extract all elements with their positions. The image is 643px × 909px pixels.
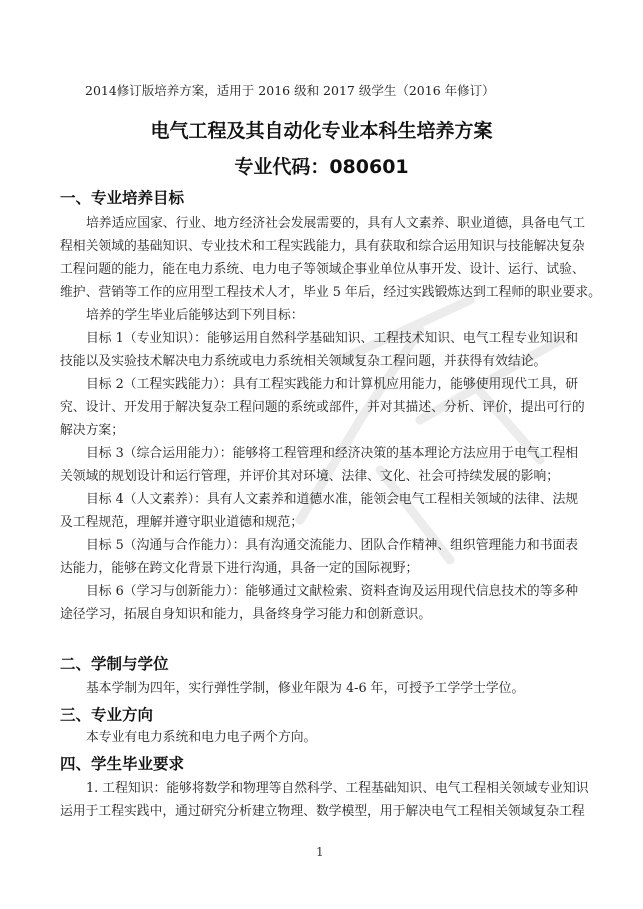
paragraph-line: 培养适应国家、行业、地方经济社会发展需要的，具有人文素养、职业道德，具备电气工 (60, 212, 588, 235)
paragraph-line: 基本学制为四年，实行弹性学制，修业年限为 4-6 年，可授予工学学士学位。 (60, 677, 588, 700)
section-body-duration-degree: 基本学制为四年，实行弹性学制，修业年限为 4-6 年，可授予工学学士学位。 (60, 677, 588, 700)
document-title: 电气工程及其自动化专业本科生培养方案 (0, 116, 643, 143)
paragraph-line: 维护、营销等工作的应用型工程技术人才，毕业 5 年后，经过实践锻炼达到工程师的职… (60, 281, 588, 304)
major-code: 专业代码：080601 (0, 152, 643, 179)
paragraph-line: 程相关领域的基础知识、专业技术和工程实践能力，具有获取和综合运用知识与技能解决复… (60, 235, 588, 258)
goal-4-line: 及工程规范，理解并遵守职业道德和规范； (60, 511, 588, 534)
goal-1-line: 技能以及实验技术解决电力系统或电力系统相关领域复杂工程问题，并获得有效结论。 (60, 350, 588, 373)
page-number: 1 (316, 845, 324, 859)
goal-1-line: 目标 1（专业知识）：能够运用自然科学基础知识、工程技术知识、电气工程专业知识和 (60, 327, 588, 350)
goal-2-line: 目标 2（工程实践能力）：具有工程实践能力和计算机应用能力，能够使用现代工具，研 (60, 373, 588, 396)
goal-4-line: 目标 4（人文素养）：具有人文素养和道德水准，能领会电气工程相关领域的法律、法规 (60, 488, 588, 511)
goal-3-line: 目标 3（综合运用能力）：能够将工程管理和经济决策的基本理论方法应用于电气工程相 (60, 442, 588, 465)
goal-6-line: 途径学习，拓展自身知识和能力，具备终身学习能力和创新意识。 (60, 603, 588, 626)
paragraph-line: 运用于工程实践中，通过研究分析建立物理、数学模型，用于解决电气工程相关领域复杂工… (60, 800, 588, 823)
goal-2-line: 究、设计、开发用于解决复杂工程问题的系统或部件，并对其描述、分析、评价，提出可行… (60, 396, 588, 419)
section-heading-graduation-requirements: 四、学生毕业要求 (60, 752, 184, 774)
section-heading-specialization: 三、专业方向 (60, 703, 153, 725)
paragraph-line: 工程问题的能力，能在电力系统、电力电子等领域企事业单位从事开发、设计、运行、试验… (60, 258, 588, 281)
goal-5-line: 达能力，能够在跨文化背景下进行沟通，具备一定的国际视野； (60, 557, 588, 580)
section-body-specialization: 本专业有电力系统和电力电子两个方向。 (60, 726, 588, 749)
paragraph-line: 本专业有电力系统和电力电子两个方向。 (60, 726, 588, 749)
goal-6-line: 目标 6（学习与创新能力）：能够通过文献检索、资料查询及运用现代信息技术的等多种 (60, 580, 588, 603)
section-heading-duration-degree: 二、学制与学位 (60, 652, 169, 674)
paragraph-line: 1. 工程知识：能够将数学和物理等自然科学、工程基础知识、电气工程相关领域专业知… (60, 777, 588, 800)
goal-5-line: 目标 5（沟通与合作能力）：具有沟通交流能力、团队合作精神、组织管理能力和书面表 (60, 534, 588, 557)
paragraph-line: 培养的学生毕业后能够达到下列目标： (60, 304, 588, 327)
goal-2-line: 解决方案； (60, 419, 588, 442)
section-heading-objectives: 一、专业培养目标 (60, 186, 184, 208)
section-body-objectives: 培养适应国家、行业、地方经济社会发展需要的，具有人文素养、职业道德，具备电气工 … (60, 212, 588, 626)
document-page: 2014修订版培养方案，适用于 2016 级和 2017 级学生（2016 年修… (0, 0, 643, 909)
goal-3-line: 关领域的规划设计和运行管理，并评价其对环境、法律、文化、社会可持续发展的影响； (60, 465, 588, 488)
section-body-graduation-requirements: 1. 工程知识：能够将数学和物理等自然科学、工程基础知识、电气工程相关领域专业知… (60, 777, 588, 823)
header-note: 2014修订版培养方案，适用于 2016 级和 2017 级学生（2016 年修… (85, 81, 495, 99)
